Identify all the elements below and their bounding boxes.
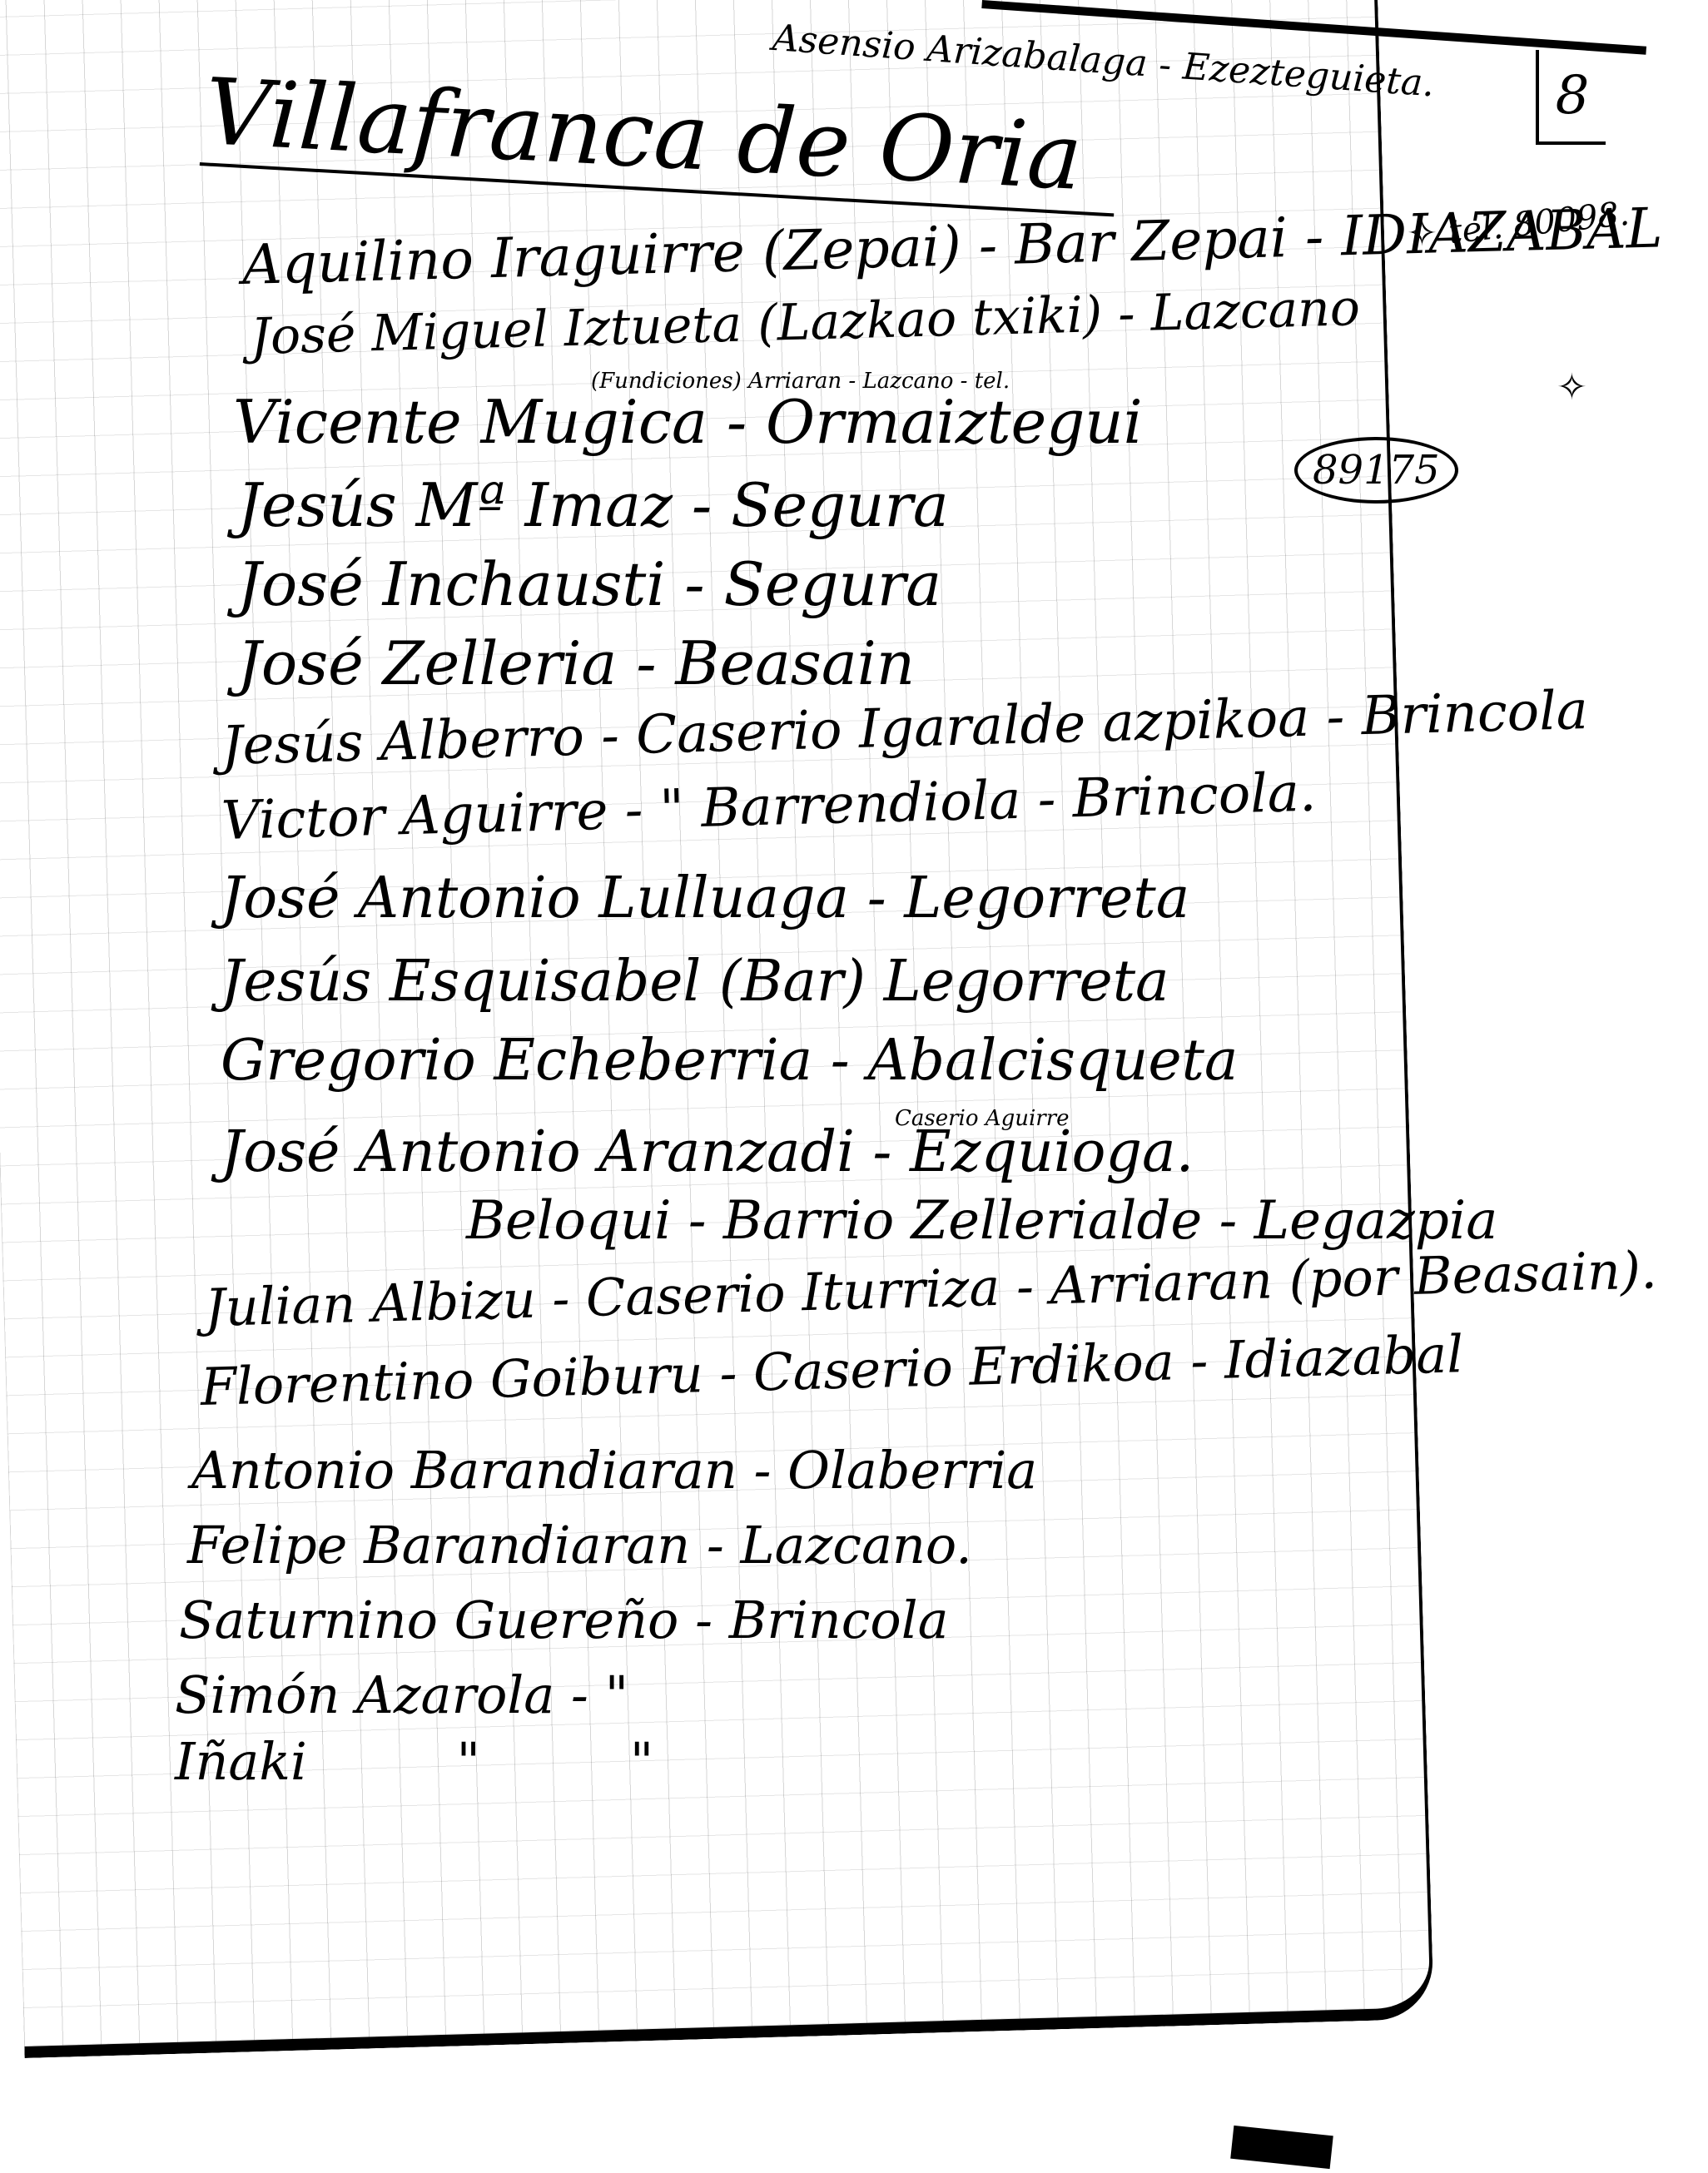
- list-item: Antonio Barandiaran - Olaberria: [191, 1440, 1037, 1501]
- list-item-annotation: Caserio Aguirre: [895, 1106, 1070, 1131]
- circled-phone: 89175: [1294, 437, 1458, 504]
- list-item: Saturnino Guereño - Brincola: [179, 1590, 949, 1650]
- page-number: 8: [1536, 50, 1606, 145]
- list-item: Felipe Barandiaran - Lazcano.: [187, 1515, 972, 1575]
- list-item: José Zelleria - Beasain: [237, 628, 915, 698]
- list-item: José Inchausti - Segura: [237, 549, 941, 619]
- list-item: Iñaki " ": [175, 1731, 653, 1792]
- star-mark-icon: ✧: [1557, 366, 1587, 409]
- list-item: Jesús Mª Imaz - Segura: [237, 470, 949, 540]
- page-tab: [1230, 2126, 1333, 2169]
- list-item: José Antonio Aranzadi - Ezquioga. Caseri…: [221, 1119, 1194, 1185]
- list-item-annotation: (Fundiciones) Arriaran - Lazcano - tel.: [591, 369, 1010, 394]
- list-item: José Antonio Lulluaga - Legorreta: [221, 866, 1189, 931]
- list-item: Jesús Esquisabel (Bar) Legorreta: [221, 949, 1169, 1015]
- list-item: Gregorio Echeberria - Abalcisqueta: [221, 1028, 1238, 1094]
- list-item: Simón Azarola - ": [175, 1664, 628, 1725]
- list-item: Vicente Mugica - Ormaiztegui (Fundicione…: [233, 387, 1143, 457]
- list-item: Beloqui - Barrio Zellerialde - Legazpia: [466, 1190, 1497, 1252]
